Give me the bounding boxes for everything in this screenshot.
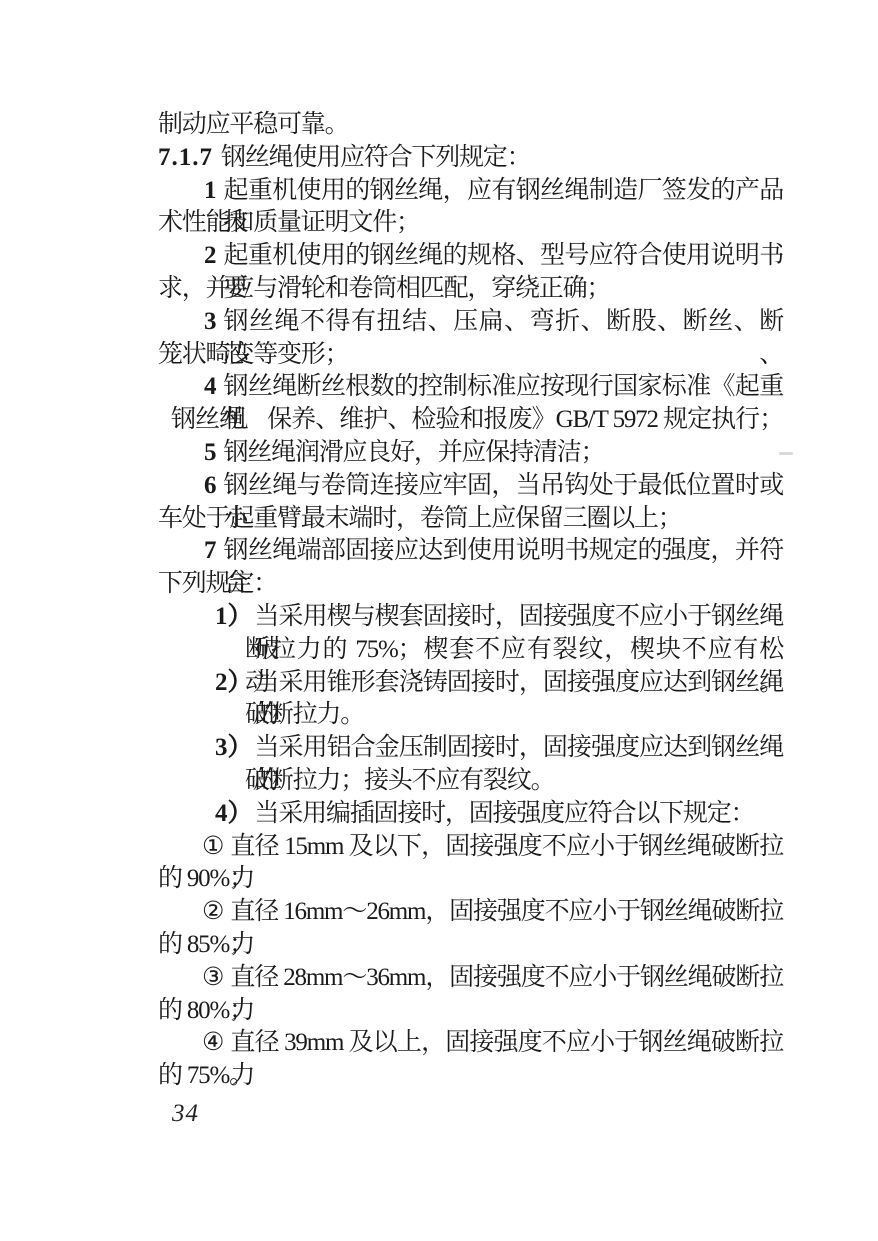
text-line: 的 90%； bbox=[158, 863, 783, 896]
text-line: 术性能和质量证明文件； bbox=[158, 207, 783, 240]
text-line: 破断拉力；接头不应有裂纹。 bbox=[158, 765, 783, 798]
line-text: 的 75%。 bbox=[158, 1060, 783, 1093]
line-text: 术性能和质量证明文件； bbox=[158, 207, 783, 240]
line-text: 破断拉力；接头不应有裂纹。 bbox=[245, 765, 783, 798]
text-line: ② 直径 16mm～26mm，固接强度不应小于钢丝绳破断拉力 bbox=[158, 896, 783, 929]
line-text: 钢丝绳断丝根数的控制标准应按现行国家标准《起重机 bbox=[224, 371, 784, 404]
line-text: 求，并应与滑轮和卷筒相匹配，穿绕正确； bbox=[158, 273, 783, 306]
text-line: 7 钢丝绳端部固接应达到使用说明书规定的强度，并符合 bbox=[158, 535, 783, 568]
line-text: 起重机使用的钢丝绳的规格、型号应符合使用说明书要 bbox=[224, 240, 784, 273]
line-text: 下列规定： bbox=[158, 568, 783, 601]
line-text: 钢丝绳端部固接应达到使用说明书规定的强度，并符合 bbox=[224, 535, 784, 568]
scan-artifact bbox=[779, 452, 793, 455]
text-line: 2） 当采用锥形套浇铸固接时，固接强度应达到钢丝绳的 bbox=[158, 667, 783, 700]
line-text: 破断拉力。 bbox=[245, 699, 783, 732]
text-line: 2 起重机使用的钢丝绳的规格、型号应符合使用说明书要 bbox=[158, 240, 783, 273]
line-text: 直径 16mm～26mm，固接强度不应小于钢丝绳破断拉力 bbox=[230, 896, 783, 929]
line-number: 2 bbox=[204, 240, 217, 273]
text-line: 的 80%； bbox=[158, 995, 783, 1028]
line-text: 的 80%； bbox=[158, 995, 783, 1028]
text-line: 的 85%； bbox=[158, 929, 783, 962]
line-text: 钢丝绳不得有扭结、压扁、弯折、断股、断丝、断芯、 bbox=[224, 306, 784, 339]
text-line: 破断拉力。 bbox=[158, 699, 783, 732]
text-line: 钢丝绳 保养、维护、检验和报废》GB/T 5972 规定执行； bbox=[158, 404, 783, 437]
line-number: 6 bbox=[204, 470, 217, 503]
text-line: 3 钢丝绳不得有扭结、压扁、弯折、断股、断丝、断芯、 bbox=[158, 306, 783, 339]
line-number: 3） bbox=[215, 732, 253, 765]
line-text: 车处于起重臂最末端时，卷筒上应保留三圈以上； bbox=[158, 503, 783, 536]
line-text: 直径 15mm 及以下，固接强度不应小于钢丝绳破断拉力 bbox=[230, 831, 783, 864]
text-line: 6 钢丝绳与卷筒连接应牢固，当吊钩处于最低位置时或小 bbox=[158, 470, 783, 503]
line-number: ② bbox=[202, 896, 224, 929]
line-number: 7 bbox=[204, 535, 217, 568]
line-text: 的 85%； bbox=[158, 929, 783, 962]
text-line: 4） 当采用编插固接时，固接强度应符合以下规定： bbox=[158, 798, 783, 831]
line-text: 当采用铝合金压制固接时，固接强度应达到钢丝绳的 bbox=[255, 732, 783, 765]
line-text: 的 90%； bbox=[158, 863, 783, 896]
line-number: ③ bbox=[202, 962, 224, 995]
text-line: 1 起重机使用的钢丝绳，应有钢丝绳制造厂签发的产品技 bbox=[158, 175, 783, 208]
line-number: 4） bbox=[215, 798, 253, 831]
line-text: 断拉力的 75%；楔套不应有裂纹，楔块不应有松动。 bbox=[245, 634, 783, 667]
text-line: 1） 当采用楔与楔套固接时，固接强度不应小于钢丝绳破 bbox=[158, 601, 783, 634]
line-number: ① bbox=[202, 831, 224, 864]
text-line: ① 直径 15mm 及以下，固接强度不应小于钢丝绳破断拉力 bbox=[158, 831, 783, 864]
line-number: 3 bbox=[204, 306, 217, 339]
line-text: 笼状畸变等变形； bbox=[158, 339, 783, 372]
line-number: 4 bbox=[204, 371, 217, 404]
line-number: 1 bbox=[204, 175, 217, 208]
text-line: 的 75%。 bbox=[158, 1060, 783, 1093]
line-text: 钢丝绳 保养、维护、检验和报废》GB/T 5972 规定执行； bbox=[171, 404, 783, 437]
line-number: 7.1.7 bbox=[158, 142, 213, 175]
text-line: ③ 直径 28mm～36mm，固接强度不应小于钢丝绳破断拉力 bbox=[158, 962, 783, 995]
line-text: 当采用楔与楔套固接时，固接强度不应小于钢丝绳破 bbox=[255, 601, 783, 634]
text-line: ④ 直径 39mm 及以上，固接强度不应小于钢丝绳破断拉力 bbox=[158, 1027, 783, 1060]
line-number: ④ bbox=[202, 1027, 224, 1060]
line-text: 钢丝绳使用应符合下列规定： bbox=[221, 142, 783, 175]
text-line: 4 钢丝绳断丝根数的控制标准应按现行国家标准《起重机 bbox=[158, 371, 783, 404]
line-number: 1） bbox=[215, 601, 253, 634]
text-line: 3） 当采用铝合金压制固接时，固接强度应达到钢丝绳的 bbox=[158, 732, 783, 765]
line-text: 起重机使用的钢丝绳，应有钢丝绳制造厂签发的产品技 bbox=[224, 175, 784, 208]
line-text: 直径 39mm 及以上，固接强度不应小于钢丝绳破断拉力 bbox=[230, 1027, 783, 1060]
line-text: 钢丝绳润滑应良好，并应保持清洁； bbox=[224, 437, 784, 470]
text-line: 5 钢丝绳润滑应良好，并应保持清洁； bbox=[158, 437, 783, 470]
page-number: 34 bbox=[172, 1100, 199, 1128]
line-text: 直径 28mm～36mm，固接强度不应小于钢丝绳破断拉力 bbox=[230, 962, 783, 995]
line-text: 当采用编插固接时，固接强度应符合以下规定： bbox=[255, 798, 783, 831]
text-line: 制动应平稳可靠。 bbox=[158, 109, 783, 142]
line-number: 5 bbox=[204, 437, 217, 470]
line-text: 制动应平稳可靠。 bbox=[158, 109, 783, 142]
line-text: 钢丝绳与卷筒连接应牢固，当吊钩处于最低位置时或小 bbox=[224, 470, 784, 503]
text-line: 7.1.7 钢丝绳使用应符合下列规定： bbox=[158, 142, 783, 175]
document-page: 制动应平稳可靠。 7.1.7 钢丝绳使用应符合下列规定： 1 起重机使用的钢丝绳… bbox=[0, 0, 878, 1241]
text-line: 下列规定： bbox=[158, 568, 783, 601]
line-text: 当采用锥形套浇铸固接时，固接强度应达到钢丝绳的 bbox=[255, 667, 783, 700]
text-line: 车处于起重臂最末端时，卷筒上应保留三圈以上； bbox=[158, 503, 783, 536]
text-line: 求，并应与滑轮和卷筒相匹配，穿绕正确； bbox=[158, 273, 783, 306]
text-line: 断拉力的 75%；楔套不应有裂纹，楔块不应有松动。 bbox=[158, 634, 783, 667]
text-line: 笼状畸变等变形； bbox=[158, 339, 783, 372]
line-number: 2） bbox=[215, 667, 253, 700]
text-block: 制动应平稳可靠。 7.1.7 钢丝绳使用应符合下列规定： 1 起重机使用的钢丝绳… bbox=[158, 109, 783, 1093]
